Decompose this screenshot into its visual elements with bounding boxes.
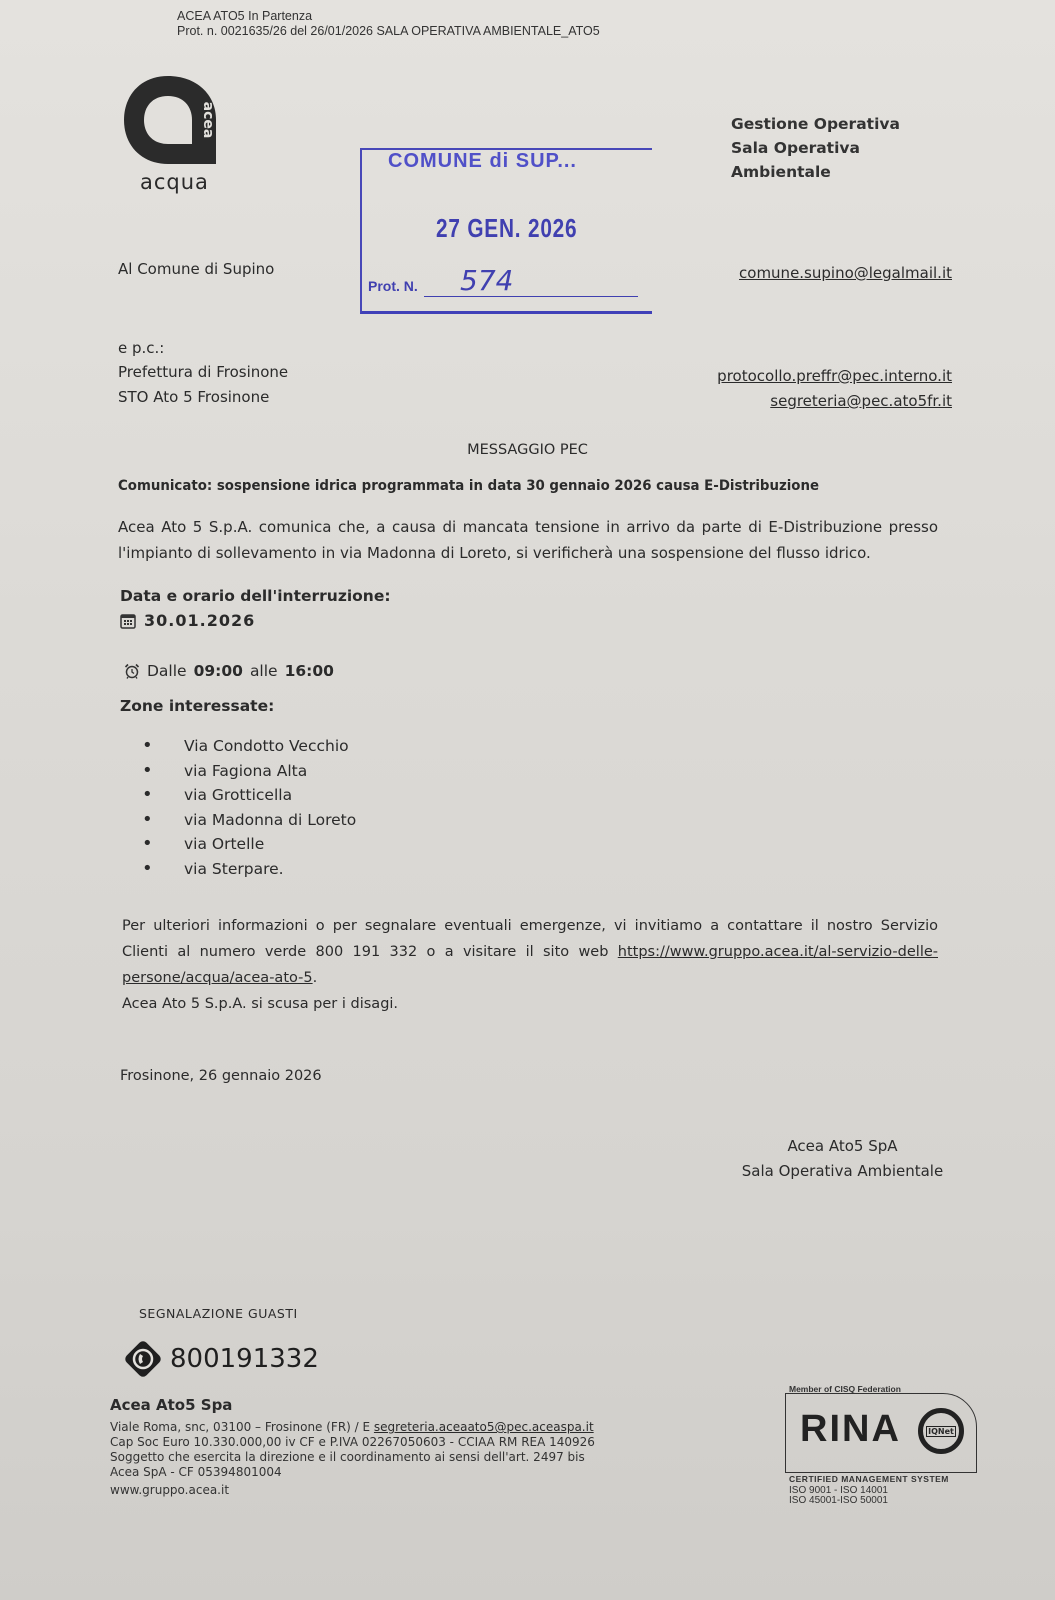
cc-recipient-1-email[interactable]: protocollo.preffr@pec.interno.it: [717, 364, 952, 388]
zone-item: via Ortelle: [120, 832, 356, 857]
signature-line1: Acea Ato5 SpA: [735, 1134, 950, 1159]
rina-certification-badge: RINA IQNet: [785, 1393, 977, 1473]
stamp-date: 27 GEN. 2026: [436, 213, 577, 244]
alarm-clock-icon: [124, 663, 140, 679]
sender-line2: Sala Operativa Ambientale: [731, 136, 955, 184]
iqnet-icon: IQNet: [918, 1408, 964, 1454]
sender-line1: Gestione Operativa: [731, 112, 955, 136]
logo-caption: acqua: [140, 170, 209, 194]
protocol-header-line1: ACEA ATO5 In Partenza: [177, 9, 600, 24]
recipient-main: Al Comune di Supino: [118, 257, 274, 281]
protocol-header: ACEA ATO5 In Partenza Prot. n. 0021635/2…: [177, 9, 600, 39]
place-date: Frosinone, 26 gennaio 2026: [120, 1068, 322, 1084]
cc-recipient-2: STO Ato 5 Frosinone: [118, 385, 269, 409]
time-prefix: Dalle: [147, 662, 187, 680]
stamp-prot-label: Prot. N.: [368, 278, 418, 294]
time-start: 09:00: [194, 662, 243, 680]
footer-company: Acea Ato5 Spa: [110, 1396, 232, 1414]
zones-label: Zone interessate:: [120, 697, 274, 715]
cc-label: e p.c.:: [118, 336, 164, 360]
stamp-title: COMUNE di SUP...: [388, 150, 577, 173]
footer-website[interactable]: www.gruppo.acea.it: [110, 1483, 595, 1498]
zone-item: via Grotticella: [120, 783, 356, 808]
faults-phone: 800191332: [122, 1338, 319, 1380]
sender-block: Gestione Operativa Sala Operativa Ambien…: [731, 112, 955, 184]
acea-logo: acea: [120, 74, 220, 170]
message-heading: MESSAGGIO PEC: [0, 442, 1055, 458]
cc-recipient-1: Prefettura di Frosinone: [118, 360, 288, 384]
cc-recipient-2-email[interactable]: segreteria@pec.ato5fr.it: [770, 389, 952, 413]
faults-label: SEGNALAZIONE GUASTI: [139, 1306, 298, 1321]
logo-brand: acea: [200, 102, 216, 139]
schedule-label: Data e orario dell'interruzione:: [120, 587, 391, 605]
footer-email-link[interactable]: segreteria.aceaato5@pec.aceaspa.it: [374, 1420, 594, 1434]
phone-icon: [122, 1338, 164, 1380]
zone-item: via Madonna di Loreto: [120, 808, 356, 833]
signature-line2: Sala Operativa Ambientale: [735, 1159, 950, 1184]
time-mid: alle: [250, 662, 278, 680]
zone-item: via Fagiona Alta: [120, 759, 356, 784]
interruption-time: Dalle 09:00 alle 16:00: [124, 662, 334, 680]
protocol-stamp: COMUNE di SUP... 27 GEN. 2026 Prot. N. 5…: [360, 148, 652, 314]
recipient-main-email[interactable]: comune.supino@legalmail.it: [739, 261, 952, 285]
contact-paragraph: Per ulteriori informazioni o per segnala…: [122, 913, 938, 991]
time-end: 16:00: [285, 662, 334, 680]
signature-block: Acea Ato5 SpA Sala Operativa Ambientale: [735, 1134, 950, 1184]
cert-system: CERTIFIED MANAGEMENT SYSTEM: [789, 1474, 949, 1484]
date-value: 30.01.2026: [144, 611, 255, 630]
zones-list: Via Condotto Vecchio via Fagiona Alta vi…: [120, 734, 356, 881]
footer-legal: Viale Roma, snc, 03100 – Frosinone (FR) …: [110, 1420, 595, 1498]
interruption-date: 30.01.2026: [120, 611, 255, 630]
faults-number[interactable]: 800191332: [170, 1344, 319, 1374]
zone-item: via Sterpare.: [120, 857, 356, 882]
message-subject: Comunicato: sospensione idrica programma…: [118, 478, 819, 494]
protocol-header-line2: Prot. n. 0021635/26 del 26/01/2026 SALA …: [177, 24, 600, 39]
calendar-icon: [120, 613, 136, 629]
intro-paragraph: Acea Ato 5 S.p.A. comunica che, a causa …: [118, 514, 938, 566]
zone-item: Via Condotto Vecchio: [120, 734, 356, 759]
stamp-prot-number: 574: [460, 264, 513, 297]
cert-iso: ISO 9001 - ISO 14001 ISO 45001-ISO 50001: [789, 1486, 888, 1506]
apology: Acea Ato 5 S.p.A. si scusa per i disagi.: [122, 996, 398, 1012]
rina-logo: RINA: [800, 1408, 901, 1451]
